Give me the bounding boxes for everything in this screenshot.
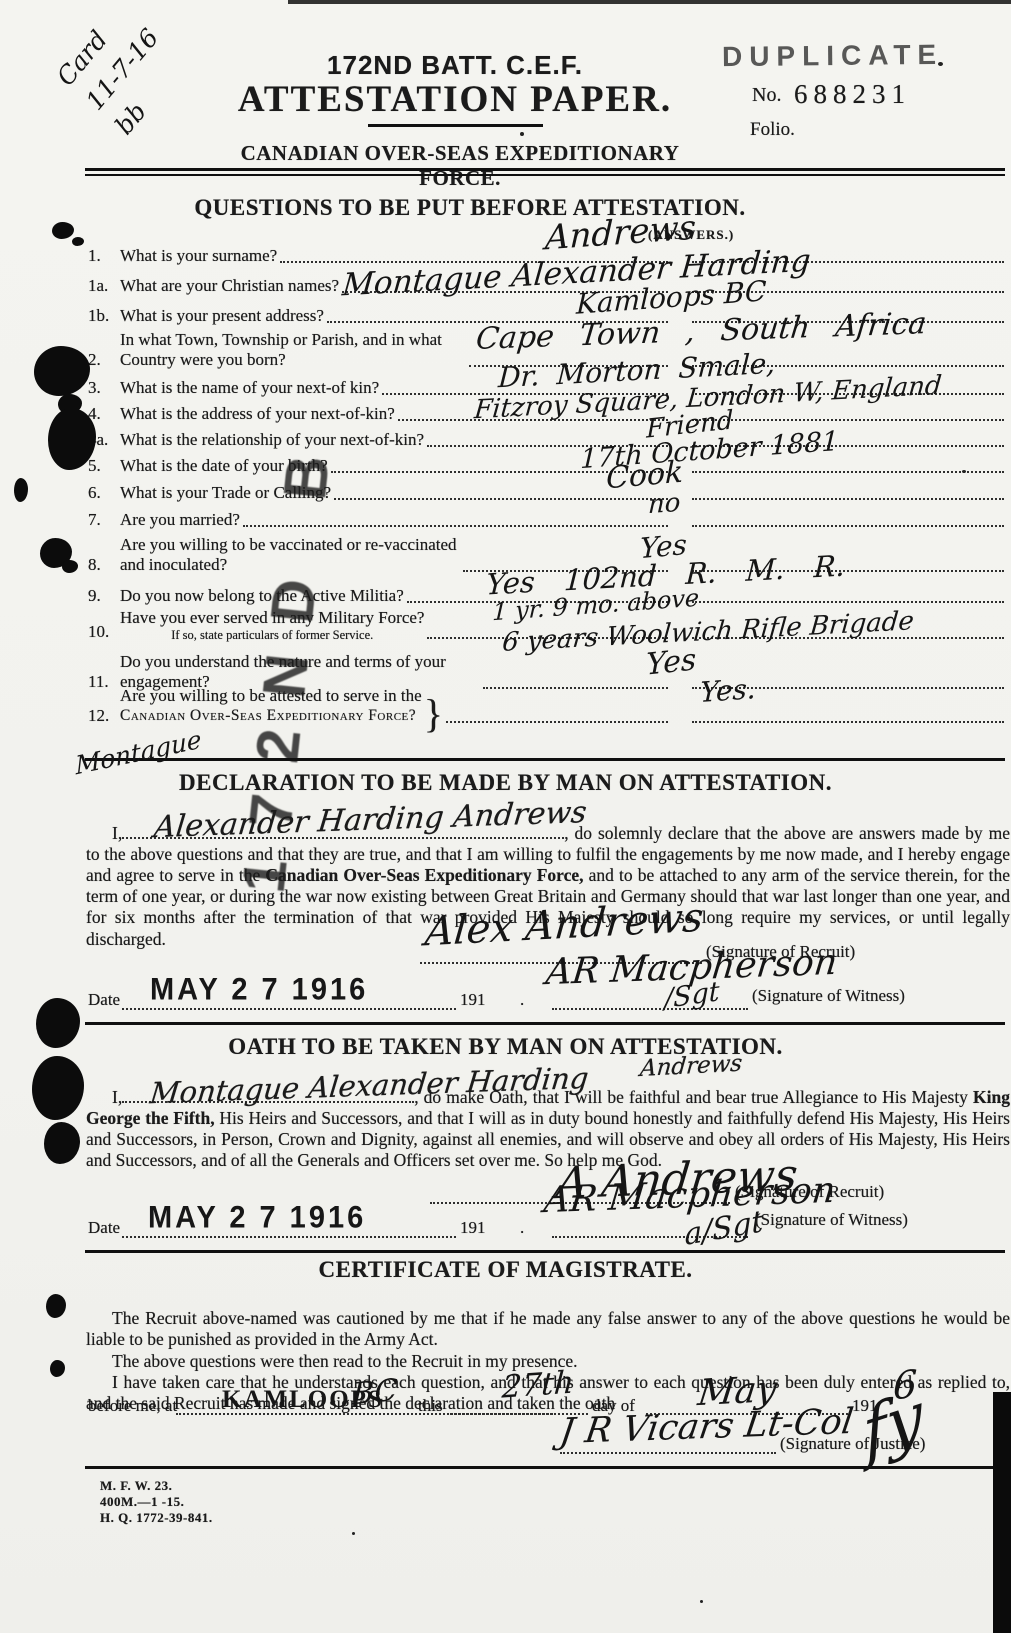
- question-number: 2.: [88, 350, 120, 370]
- question-row-5: 5. What is the date of your birth?: [88, 456, 1004, 476]
- date-label: Date: [88, 1218, 120, 1238]
- scan-edge-band: [993, 1392, 1011, 1633]
- oath-body-post: His Heirs and Successors, and that I wil…: [86, 1108, 1010, 1170]
- oath-intro: I,: [112, 1087, 122, 1107]
- scan-speck: [938, 62, 943, 66]
- question-text: Are you married?: [120, 510, 240, 530]
- question-number: 9.: [88, 586, 120, 606]
- number-label: No.: [752, 84, 781, 107]
- signature-of-witness-label: (Signature of Witness): [755, 1210, 908, 1230]
- name-fill-line: Alexander Harding Andrews: [122, 822, 564, 839]
- question-number: 1.: [88, 246, 120, 266]
- answer-surname: Andrews: [545, 211, 697, 256]
- before-me-label: before me, at: [88, 1396, 177, 1416]
- declaration-body-bold: Canadian Over-Seas Expeditionary Force,: [265, 865, 583, 885]
- date-label: Date: [88, 990, 120, 1010]
- answer-married: no: [648, 490, 681, 518]
- answer-line: [692, 601, 1004, 603]
- question-number: 6.: [88, 483, 120, 503]
- witness-rank-handwriting: /Sgt: [664, 978, 719, 1013]
- oath-heading: OATH TO BE TAKEN BY MAN ON ATTESTATION.: [0, 1034, 1011, 1060]
- period: .: [520, 990, 524, 1010]
- divider: [85, 758, 1005, 761]
- question-number: 3.: [88, 378, 120, 398]
- attestation-paper-scan: Card 11-7-16 bb 172ND BATT. C.E.F. ATTES…: [0, 0, 1011, 1633]
- ink-blot: [14, 478, 28, 502]
- question-row-12: 12. Are you willing to be attested to se…: [88, 686, 1004, 726]
- divider: [85, 168, 1005, 171]
- day-handwriting: 27th: [501, 1367, 575, 1403]
- question-number: 4.: [88, 404, 120, 424]
- declaration-intro: I,: [112, 823, 122, 843]
- answer-line: [692, 525, 1004, 527]
- question-number: 8.: [88, 555, 120, 575]
- declaration-name-handwriting: Alexander Harding Andrews: [127, 797, 588, 843]
- ink-blot: [34, 346, 90, 396]
- ink-blot: [72, 237, 84, 246]
- folio-label: Folio.: [750, 119, 795, 141]
- scan-speck: [700, 1600, 703, 1603]
- scan-edge-artifact: [288, 0, 1011, 4]
- this-label: this: [418, 1396, 443, 1416]
- serial-number: 688231: [794, 79, 911, 110]
- signature-of-witness-label: (Signature of Witness): [752, 986, 905, 1006]
- question-row-4a: 4a. What is the relationship of your nex…: [88, 430, 1004, 450]
- ink-blot: [52, 222, 74, 239]
- question-row-6: 6. What is your Trade or Calling?: [88, 483, 1004, 503]
- declaration-heading: DECLARATION TO BE MADE BY MAN ON ATTESTA…: [0, 770, 1011, 796]
- dotted-leader: [334, 498, 668, 500]
- answer-understand-terms: Yes: [646, 645, 696, 680]
- period: .: [520, 1218, 524, 1238]
- question-text: What are your Christian names?: [120, 276, 339, 296]
- date-stamp: MAY 2 7 1916: [150, 973, 368, 1009]
- form-codes: M. F. W. 23. 400M.—1 -15. H. Q. 1772-39-…: [100, 1478, 213, 1526]
- duplicate-stamp: DUPLICATE: [722, 39, 943, 73]
- year-prefix: 191: [460, 990, 486, 1010]
- battalion-title: 172ND BATT. C.E.F.: [250, 50, 660, 81]
- answer-willing-attested: Yes.: [700, 675, 757, 707]
- dotted-leader: [446, 721, 668, 723]
- form-title: ATTESTATION PAPER.: [225, 78, 685, 121]
- ink-blot: [44, 1122, 80, 1164]
- scan-speck: [962, 470, 966, 473]
- handwritten-initials: fy: [860, 1382, 926, 1468]
- witness-signature-line: [552, 1008, 748, 1010]
- certificate-paragraph-1: The Recruit above-named was cautioned by…: [86, 1308, 1010, 1350]
- brace-glyph: }: [424, 698, 443, 730]
- form-code-line: 400M.—1 -15.: [100, 1494, 213, 1510]
- date-stamp: MAY 2 7 1916: [148, 1201, 366, 1237]
- question-number: 1b.: [88, 306, 120, 326]
- question-text: What is the address of your next-of-kin?: [120, 404, 395, 424]
- divider: [85, 1250, 1005, 1253]
- scan-speck: [520, 132, 524, 136]
- justice-signature-line: [560, 1452, 776, 1454]
- answer-line: [692, 498, 1004, 500]
- name-fill-line: Montague Alexander HardingAndrews: [122, 1086, 414, 1103]
- year-prefix: 191: [460, 1218, 486, 1238]
- answer-line: [692, 721, 1004, 723]
- force-subtitle: CANADIAN OVER-SEAS EXPEDITIONARY FORCE.: [205, 141, 715, 191]
- question-number: 7.: [88, 510, 120, 530]
- form-code-line: M. F. W. 23.: [100, 1478, 213, 1494]
- question-text: What is the relationship of your next-of…: [120, 430, 424, 450]
- divider: [85, 174, 1005, 176]
- question-row-7: 7. Are you married?: [88, 510, 1004, 530]
- answer-line: [692, 471, 1004, 473]
- question-number: 5.: [88, 456, 120, 476]
- ink-blot: [32, 1056, 84, 1120]
- handwritten-filing-note: Card 11-7-16 bb: [48, 0, 197, 143]
- place-handwriting: BC: [352, 1375, 398, 1410]
- question-number: 1a.: [88, 276, 120, 296]
- question-number: 10.: [88, 622, 120, 642]
- certificate-heading: CERTIFICATE OF MAGISTRATE.: [0, 1257, 1011, 1283]
- question-text: What is your surname?: [120, 246, 277, 266]
- ink-blot: [62, 560, 78, 573]
- oath-paragraph: I,Montague Alexander HardingAndrews, do …: [86, 1086, 1010, 1172]
- ink-blot: [46, 1294, 66, 1318]
- question-number: 12.: [88, 706, 120, 726]
- title-underline: [368, 124, 543, 127]
- question-text: What is your present address?: [120, 306, 324, 326]
- divider: [85, 1022, 1005, 1025]
- answer-line: [692, 419, 1004, 421]
- ink-blot: [50, 1360, 65, 1377]
- scan-speck: [352, 1532, 355, 1535]
- form-code-line: H. Q. 1772-39-841.: [100, 1510, 213, 1526]
